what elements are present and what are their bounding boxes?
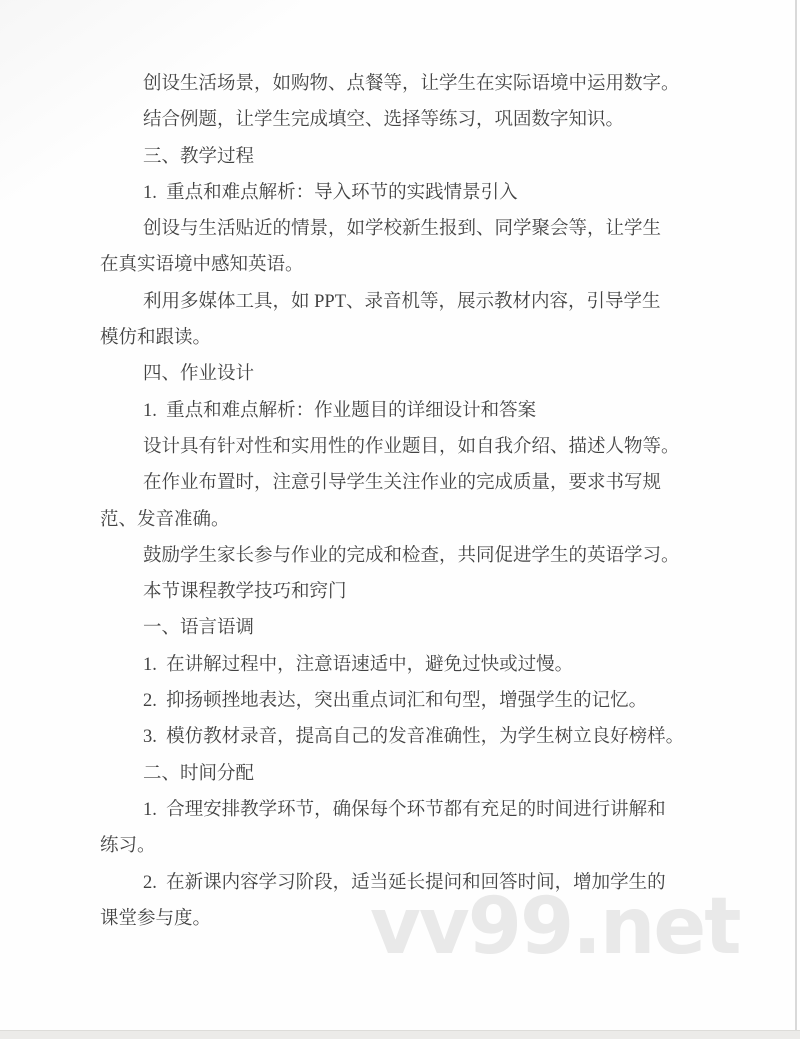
document-line: 设计具有针对性和实用性的作业题目，如自我介绍、描述人物等。 (100, 429, 720, 465)
document-line: 3. 模仿教材录音，提高自己的发音准确性，为学生树立良好榜样。 (100, 719, 720, 755)
document-line: 结合例题，让学生完成填空、选择等练习，巩固数字知识。 (100, 102, 720, 138)
page-gap-strip (0, 1030, 800, 1039)
document-body: 创设生活场景，如购物、点餐等，让学生在实际语境中运用数字。结合例题，让学生完成填… (100, 66, 720, 937)
document-line: 三、教学过程 (100, 139, 720, 175)
document-line: 1. 在讲解过程中，注意语速适中，避免过快或过慢。 (100, 647, 720, 683)
document-line: 四、作业设计 (100, 356, 720, 392)
document-line: 1. 重点和难点解析：导入环节的实践情景引入 (100, 175, 720, 211)
document-line: 创设与生活贴近的情景，如学校新生报到、同学聚会等，让学生 (100, 211, 720, 247)
document-line: 本节课程教学技巧和窍门 (100, 574, 720, 610)
document-page: vv99.net 创设生活场景，如购物、点餐等，让学生在实际语境中运用数字。结合… (0, 0, 800, 1039)
document-line: 鼓励学生家长参与作业的完成和检查，共同促进学生的英语学习。 (100, 538, 720, 574)
document-line: 范、发音准确。 (100, 502, 720, 538)
document-line: 2. 抑扬顿挫地表达，突出重点词汇和句型，增强学生的记忆。 (100, 683, 720, 719)
document-line: 课堂参与度。 (100, 901, 720, 937)
page-right-edge (795, 0, 797, 1039)
document-line: 练习。 (100, 828, 720, 864)
document-line: 一、语言语调 (100, 610, 720, 646)
document-line: 利用多媒体工具，如 PPT、录音机等，展示教材内容，引导学生 (100, 284, 720, 320)
document-line: 二、时间分配 (100, 756, 720, 792)
document-line: 1. 重点和难点解析：作业题目的详细设计和答案 (100, 393, 720, 429)
document-line: 在真实语境中感知英语。 (100, 247, 720, 283)
document-line: 2. 在新课内容学习阶段，适当延长提问和回答时间，增加学生的 (100, 865, 720, 901)
document-line: 1. 合理安排教学环节，确保每个环节都有充足的时间进行讲解和 (100, 792, 720, 828)
document-line: 创设生活场景，如购物、点餐等，让学生在实际语境中运用数字。 (100, 66, 720, 102)
document-line: 在作业布置时，注意引导学生关注作业的完成质量，要求书写规 (100, 465, 720, 501)
document-line: 模仿和跟读。 (100, 320, 720, 356)
